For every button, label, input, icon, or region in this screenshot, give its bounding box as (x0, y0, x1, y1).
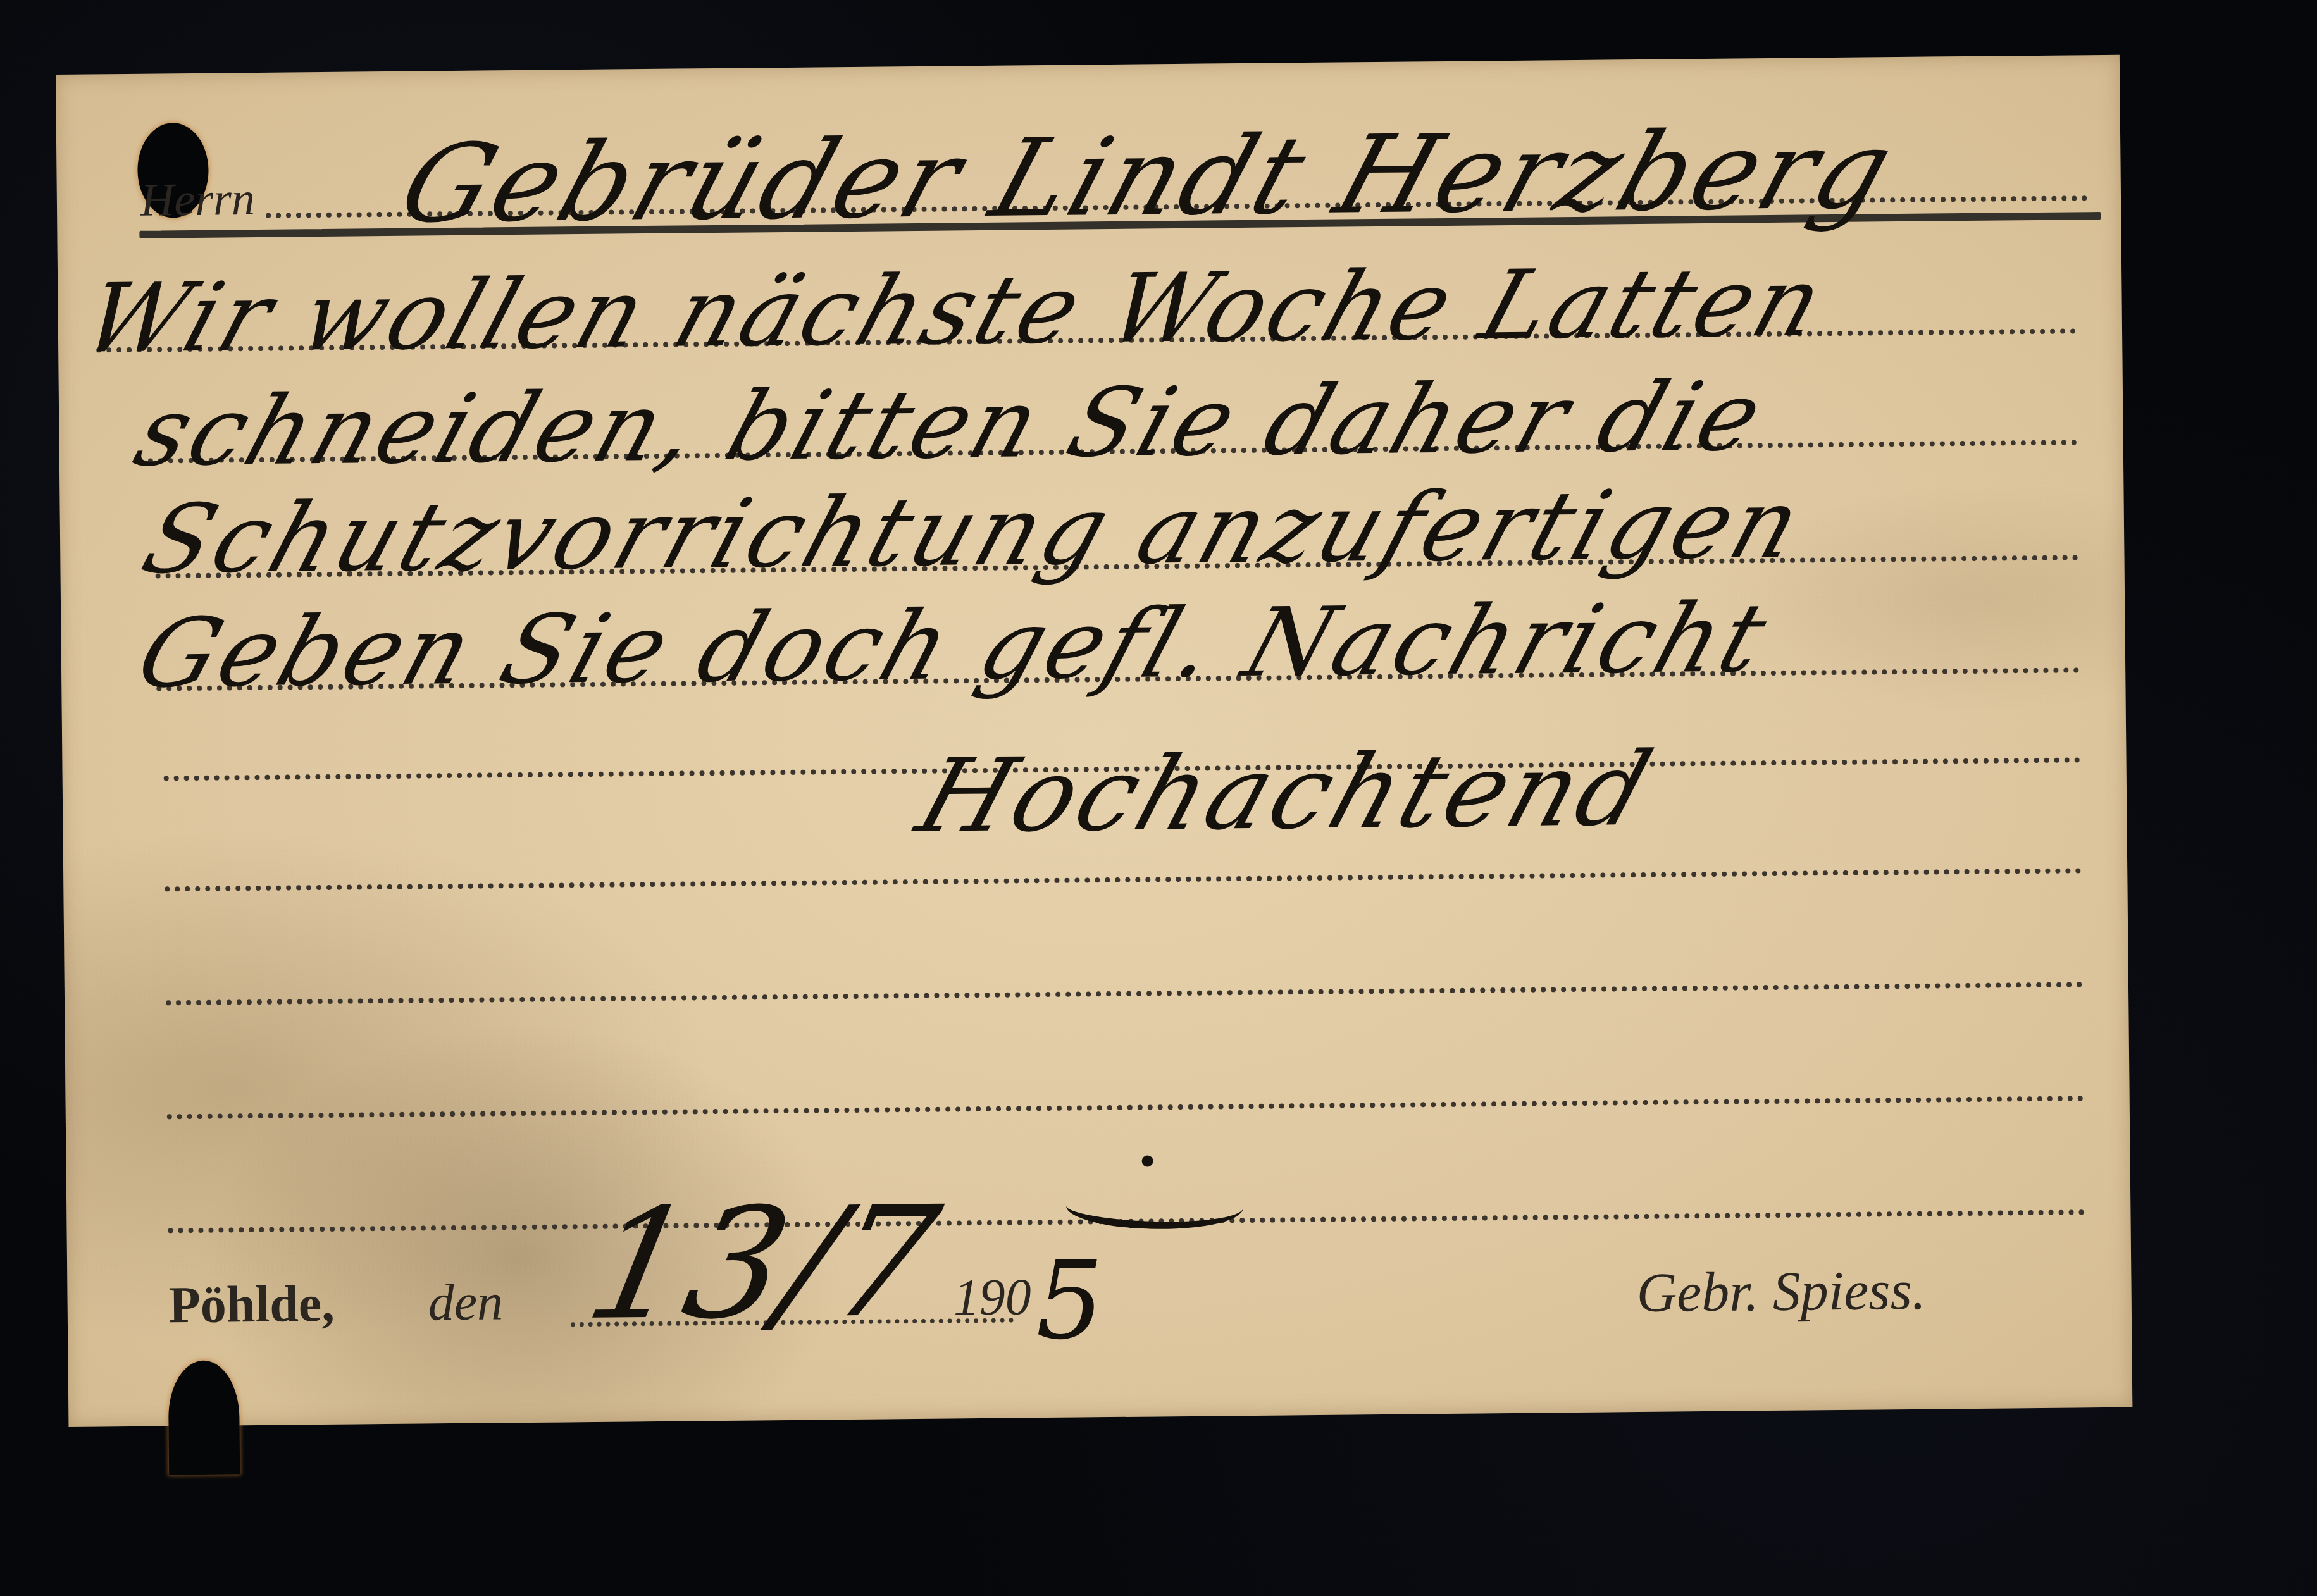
closing-signature: Hochachtend (905, 730, 1668, 856)
pen-flourish-dot (1141, 1155, 1153, 1166)
body-line-4: Geben Sie doch gefl. Nachricht (125, 583, 1783, 709)
firm-name: Gebr. Spiess. (1636, 1259, 1926, 1325)
ruled-line-6 (165, 868, 2082, 891)
printed-year-prefix: 190 (953, 1267, 1031, 1327)
body-line-1: Wir wollen nächste Woche Latten (71, 247, 1839, 374)
addressee: Gebrüder Lindt Herzberg (387, 108, 1910, 247)
printed-salutation: Herrn (140, 173, 256, 228)
handwritten-year-digit: 5 (1035, 1238, 1105, 1364)
footer-line: Pöhlde, den 13/7 190 5 Gebr. Spiess. (168, 1258, 2067, 1352)
place-name: Pöhlde, (168, 1274, 335, 1335)
punch-hole-bottom (168, 1360, 240, 1475)
handwritten-date: 13/7 (575, 1173, 952, 1354)
postcard: Herrn Gebrüder Lindt Herzberg Wir wollen… (56, 55, 2132, 1427)
ruled-line-7 (166, 982, 2083, 1005)
ruled-line-8 (167, 1096, 2084, 1119)
den-label: den (428, 1272, 503, 1332)
body-line-2: schneiden, bitten Sie daher die (123, 362, 1778, 488)
pen-flourish (1065, 1178, 1245, 1235)
body-line-3: Schutzvorrichtung anzufertigen (130, 469, 1817, 595)
